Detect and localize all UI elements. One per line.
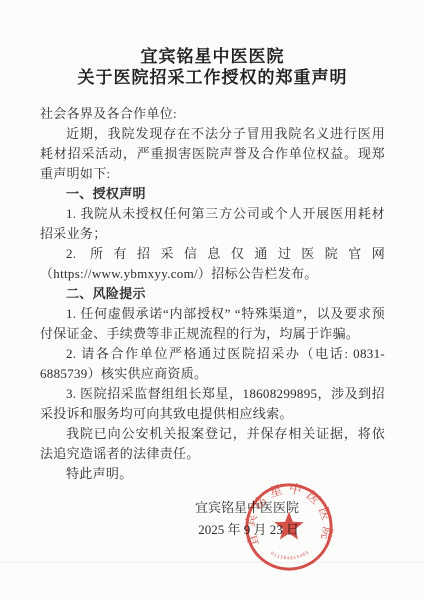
salutation: 社会各界及各合作单位: bbox=[40, 104, 385, 124]
closing-paragraph-1: 我院已向公安机关报案登记，并保存相关证据，将依法追究造谣者的法律责任。 bbox=[40, 424, 385, 464]
section-1-item-2: 2. 所有招采信息仅通过医院官网（https://www.ybmxyy.com/… bbox=[40, 244, 385, 284]
section-2-item-3: 3. 医院招采监督组组长郑星，18608299895，涉及到招采投诉和服务均可向… bbox=[40, 384, 385, 424]
section-2-item-2: 2. 请各合作单位严格通过医院招采办（电话: 0831-6885739）核实供应… bbox=[40, 344, 385, 384]
seal-star-icon bbox=[274, 511, 304, 539]
document-body: 社会各界及各合作单位: 近期，我院发现存在不法分子冒用我院名义进行医用耗材招采活… bbox=[40, 104, 385, 484]
official-seal: 宜宾铭星中医医院 0115848154657 bbox=[241, 479, 337, 575]
scan-fold-line bbox=[0, 562, 424, 563]
section-2-item-1: 1. 任何虚假承诺“内部授权” “特殊渠道”，以及要求预付保证金、手续费等非正规… bbox=[40, 304, 385, 344]
title-line-2: 关于医院招采工作授权的郑重声明 bbox=[40, 67, 385, 88]
document-title: 宜宾铭星中医医院 关于医院招采工作授权的郑重声明 bbox=[40, 46, 385, 88]
section-1-heading: 一、授权声明 bbox=[40, 184, 385, 204]
document-page: 宜宾铭星中医医院 关于医院招采工作授权的郑重声明 社会各界及各合作单位: 近期，… bbox=[0, 0, 424, 600]
title-line-1: 宜宾铭星中医医院 bbox=[40, 46, 385, 67]
section-2-heading: 二、风险提示 bbox=[40, 284, 385, 304]
section-1-item-1: 1. 我院从未授权任何第三方公司或个人开展医用耗材招采业务； bbox=[40, 204, 385, 244]
intro-paragraph: 近期，我院发现存在不法分子冒用我院名义进行医用耗材招采活动，严重损害医院声誉及合… bbox=[40, 124, 385, 184]
